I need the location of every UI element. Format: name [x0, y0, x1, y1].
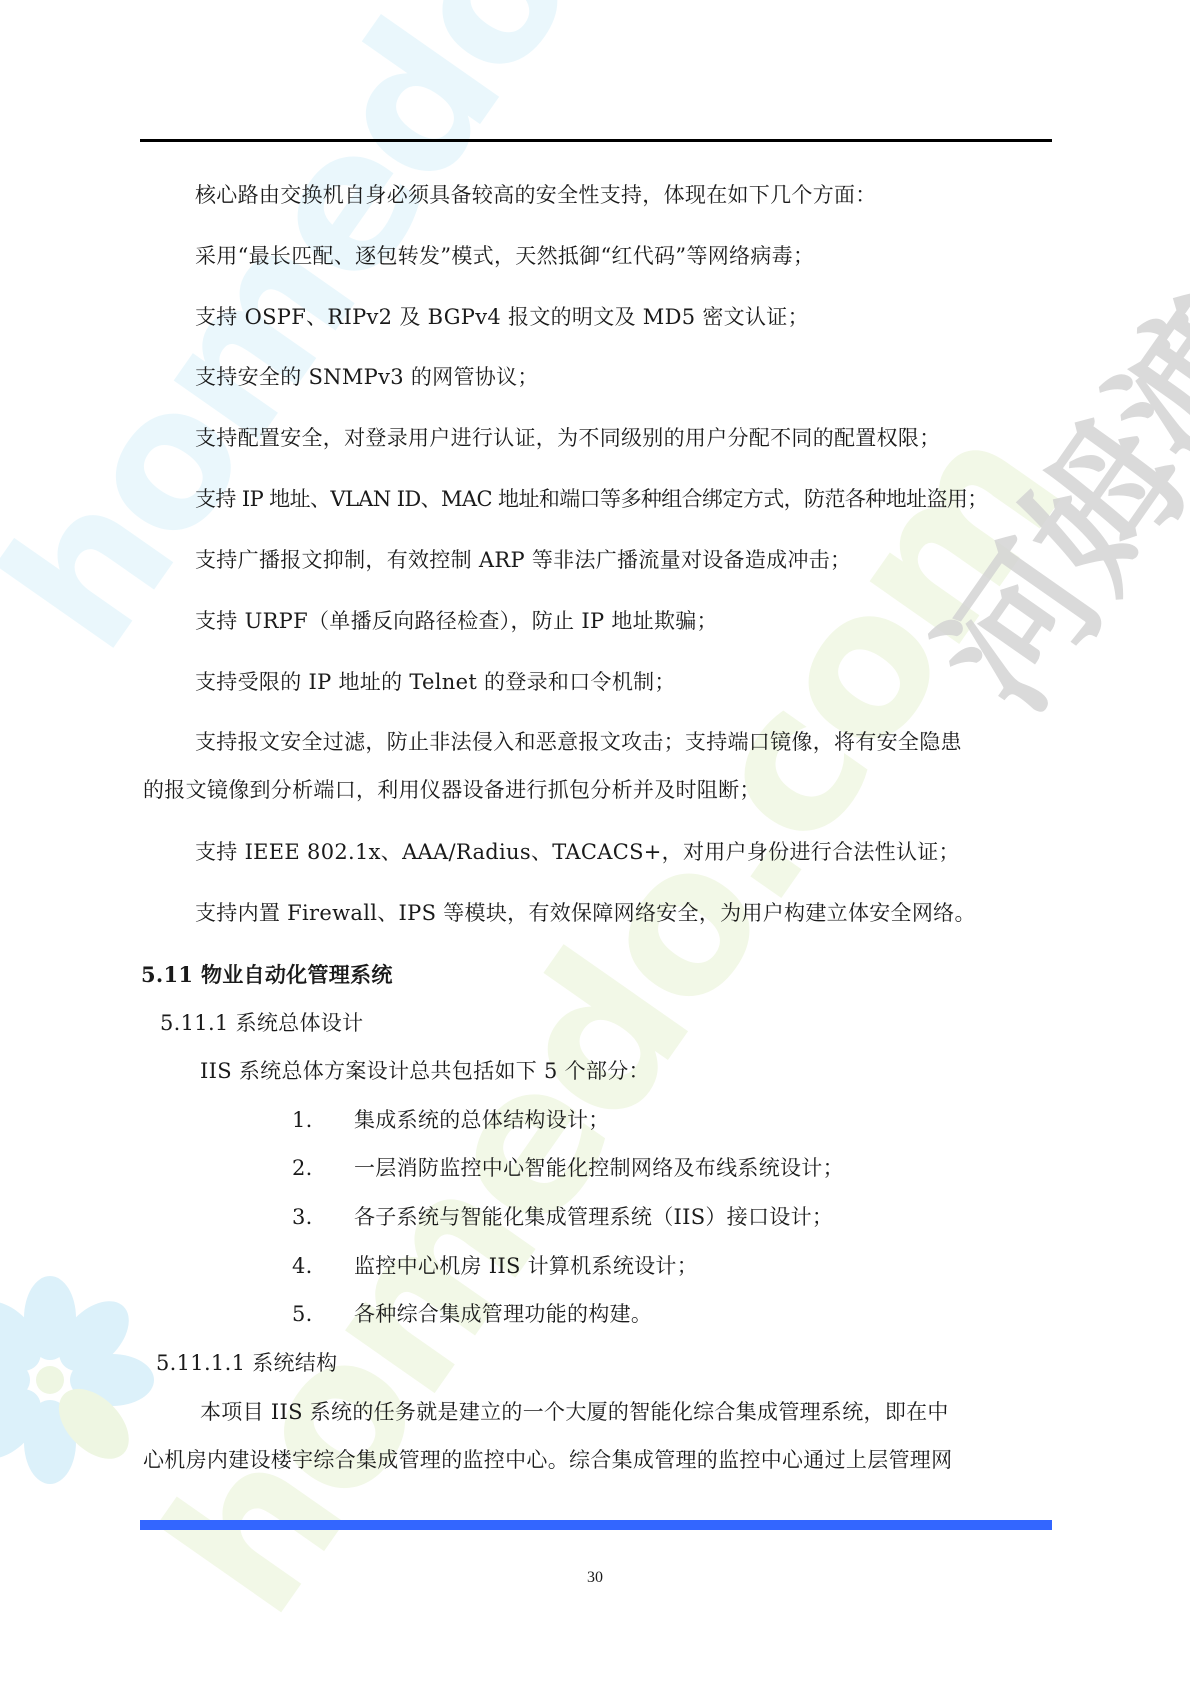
intro-line: IIS 系统总体方案设计总共包括如下 5 个部分：: [200, 1057, 650, 1085]
paragraph-line: 采用“最长匹配、逐包转发”模式，天然抵御“红代码”等网络病毒；: [195, 242, 814, 270]
paragraph-line: 支持 IEEE 802.1x、AAA/Radius、TACACS+，对用户身份进…: [195, 838, 960, 866]
list-text: 监控中心机房 IIS 计算机系统设计；: [354, 1254, 698, 1278]
list-number: 5.: [292, 1300, 354, 1328]
list-item: 4.监控中心机房 IIS 计算机系统设计；: [292, 1252, 698, 1280]
paragraph-line: 核心路由交换机自身必须具备较高的安全性支持，体现在如下几个方面：: [195, 181, 877, 209]
header-rule: [140, 139, 1052, 142]
subsection-heading: 5.11.1 系统总体设计: [160, 1009, 363, 1037]
paragraph-line: 支持受限的 IP 地址的 Telnet 的登录和口令机制；: [195, 668, 676, 696]
list-text: 一层消防监控中心智能化控制网络及布线系统设计；: [354, 1156, 844, 1180]
paragraph-line: 支持安全的 SNMPv3 的网管协议；: [195, 363, 539, 391]
subsubsection-heading: 5.11.1.1 系统结构: [156, 1349, 337, 1377]
footer-rule: [140, 1520, 1052, 1530]
list-item: 1.集成系统的总体结构设计；: [292, 1106, 610, 1134]
paragraph-line: 本项目 IIS 系统的任务就是建立的一个大厦的智能化综合集成管理系统，即在中: [200, 1398, 949, 1426]
list-number: 3.: [292, 1203, 354, 1231]
list-number: 2.: [292, 1154, 354, 1182]
list-item: 3.各子系统与智能化集成管理系统（IIS）接口设计；: [292, 1203, 833, 1231]
paragraph-line: 支持内置 Firewall、IPS 等模块，有效保障网络安全，为用户构建立体安全…: [195, 899, 976, 927]
section-heading: 5.11 物业自动化管理系统: [141, 961, 393, 989]
list-number: 4.: [292, 1252, 354, 1280]
list-text: 各子系统与智能化集成管理系统（IIS）接口设计；: [354, 1205, 833, 1229]
list-text: 各种综合集成管理功能的构建。: [354, 1302, 652, 1326]
page-number: 30: [0, 1569, 1190, 1587]
watermark-flower-icon: [0, 1270, 160, 1490]
paragraph-line: 支持 IP 地址、VLAN ID、MAC 地址和端口等多种组合绑定方式，防范各种…: [195, 485, 988, 513]
paragraph-line: 支持 OSPF、RIPv2 及 BGPv4 报文的明文及 MD5 密文认证；: [195, 303, 809, 331]
paragraph-line: 支持 URPF（单播反向路径检查），防止 IP 地址欺骗；: [195, 607, 718, 635]
watermark-homedo-blue: homedo.com: [0, 0, 894, 687]
list-item: 2.一层消防监控中心智能化控制网络及布线系统设计；: [292, 1154, 844, 1182]
list-number: 1.: [292, 1106, 354, 1134]
paragraph-line: 心机房内建设楼宇综合集成管理的监控中心。综合集成管理的监控中心通过上层管理网: [143, 1446, 952, 1474]
paragraph-line: 支持报文安全过滤，防止非法侵入和恶意报文攻击；支持端口镜像，将有安全隐患: [195, 728, 962, 756]
list-text: 集成系统的总体结构设计；: [354, 1108, 610, 1132]
paragraph-line: 的报文镜像到分析端口，利用仪器设备进行抓包分析并及时阻断；: [143, 776, 761, 804]
paragraph-line: 支持广播报文抑制，有效控制 ARP 等非法广播流量对设备造成冲击；: [195, 546, 851, 574]
list-item: 5.各种综合集成管理功能的构建。: [292, 1300, 652, 1328]
paragraph-line: 支持配置安全，对登录用户进行认证，为不同级别的用户分配不同的配置权限；: [195, 424, 941, 452]
